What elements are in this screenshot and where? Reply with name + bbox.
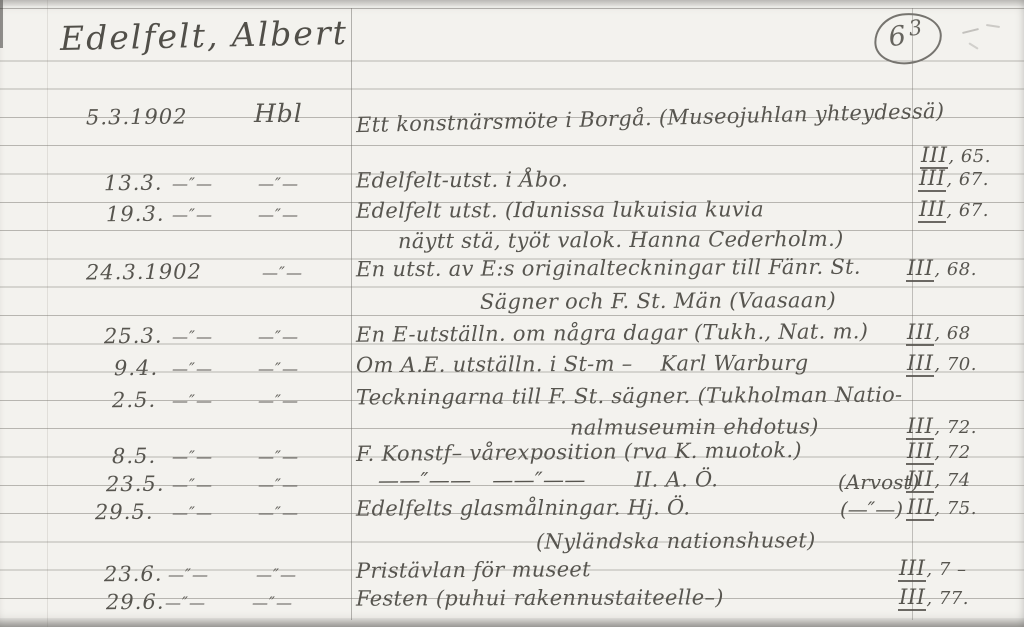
entry-date: 29.6. (106, 591, 165, 615)
reference-page: , 77. (926, 588, 969, 609)
entry-text: Festen (puhui rakennustaiteelle–) (356, 586, 724, 610)
entry-volume-reference: III, 77. (898, 586, 969, 609)
ledger-entry: 29.6.—″——″—Festen (puhui rakennustaiteel… (0, 0, 1024, 627)
entry-date-ditto: —″— (165, 594, 206, 612)
entry-source: —″— (252, 594, 293, 612)
reference-roman-numeral: III (898, 585, 926, 611)
ledger-page: Edelfelt, Albert 6 3 5.3.1902HblEtt kons… (0, 0, 1024, 627)
